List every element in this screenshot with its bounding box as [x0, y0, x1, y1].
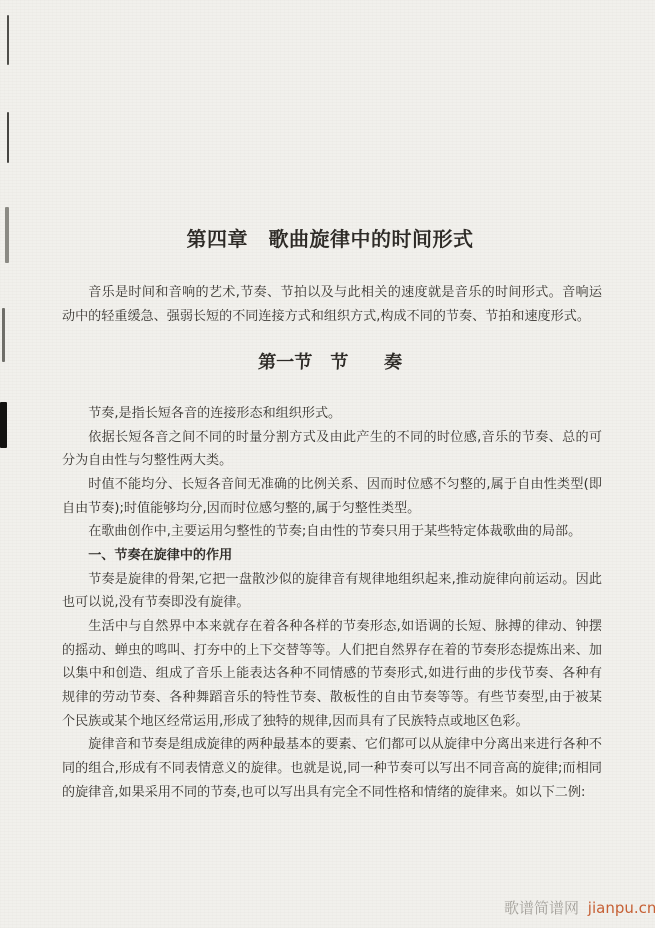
scan-edge-mark — [5, 207, 9, 263]
section-title: 第一节 节 奏 — [59, 351, 600, 375]
scanned-book-page: 第四章 歌曲旋律中的时间形式 音乐是时间和音响的艺术,节奏、节拍以及与此相关的速… — [0, 0, 655, 928]
paragraph: 节奏是旋律的骨架,它把一盘散沙似的旋律音有规律地组织起来,推动旋律向前运动。因此… — [62, 568, 602, 615]
subsection-heading: 一、节奏在旋律中的作用 — [62, 544, 602, 568]
chapter-title: 第四章 歌曲旋律中的时间形式 — [60, 226, 600, 252]
paragraph: 旋律音和节奏是组成旋律的两种最基本的要素、它们都可以从旋律中分离出来进行各种不同… — [62, 733, 602, 804]
intro-paragraph: 音乐是时间和音响的艺术,节奏、节拍以及与此相关的速度就是音乐的时间形式。音响运动… — [62, 281, 602, 328]
paragraph: 节奏,是指长短各音的连接形态和组织形式。 — [62, 402, 602, 426]
watermark-site-url: jianpu.cn — [588, 899, 655, 917]
paragraph: 在歌曲创作中,主要运用匀整性的节奏;自由性的节奏只用于某些特定体裁歌曲的局部。 — [62, 520, 602, 544]
watermark-site-name: 歌谱简谱网 — [504, 899, 579, 917]
scan-edge-mark — [7, 15, 9, 65]
body-text: 节奏,是指长短各音的连接形态和组织形式。依据长短各音之间不同的时量分割方式及由此… — [62, 402, 602, 804]
paragraph: 生活中与自然界中本来就存在着各种各样的节奏形态,如语调的长短、脉搏的律动、钟摆的… — [62, 615, 602, 733]
paragraph: 时值不能均分、长短各音间无准确的比例关系、因而时位感不匀整的,属于自由性类型(即… — [62, 473, 602, 520]
watermark: 歌谱简谱网 jianpu.cn — [504, 898, 655, 918]
scan-edge-mark — [2, 308, 5, 362]
scan-edge-mark — [7, 112, 9, 163]
paragraph: 依据长短各音之间不同的时量分割方式及由此产生的不同的时位感,音乐的节奏、总的可分… — [62, 426, 602, 473]
scan-edge-mark — [0, 402, 7, 448]
